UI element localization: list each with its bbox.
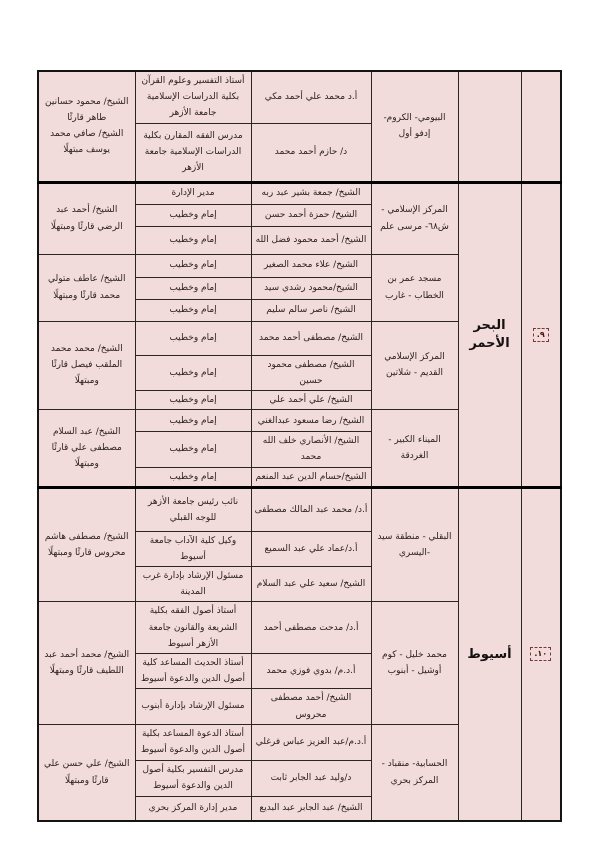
section-number-badge: ١٠. <box>530 647 551 661</box>
reader-entry: الشيخ/ محمود حسانين طاهر قارئًا <box>42 94 132 126</box>
person-name-cell: د/وليد عبد الجابر ثابت <box>251 760 371 796</box>
person-title-cell: أستاذ الحديث المساعد كلية أصول الدين وال… <box>135 654 251 689</box>
person-name-cell: الشيخ/ جمعة بشير عبد ربه <box>251 182 371 204</box>
person-title-cell: أستاذ أصول الفقه بكلية الشريعة والقانون … <box>135 602 251 654</box>
person-title-cell: مدرس الفقه المقارن بكلية الدراسات الإسلا… <box>135 123 251 182</box>
person-name-cell: الشيخ/ علاء محمد الصغير <box>251 254 371 277</box>
table-row: ١٠.أسيوطالبقلي - منطقة سيد -اليسريأ.د/ م… <box>38 487 561 531</box>
reader-munshid-cell: الشيخ/ أحمد عبد الرضي قارئًا ومبتهلًا <box>38 182 135 254</box>
person-title-cell: أستاذ الدعوة المساعد بكلية أصول الدين وا… <box>135 724 251 760</box>
person-name-cell: الشيخ/ الأنصاري خلف الله محمد <box>251 432 371 467</box>
person-name-cell: أ.د/عماد علي عبد السميع <box>251 531 371 566</box>
person-title-cell: إمام وخطيب <box>135 204 251 226</box>
person-title-cell: إمام وخطيب <box>135 299 251 321</box>
governorate-cell: البحر الأحمر <box>458 182 521 487</box>
section-number-cell: ١٠. <box>521 487 561 821</box>
roster-table-body: البيومي- الكروم- إدفو أولأ.د محمد علي أح… <box>38 71 561 821</box>
person-title-cell: إمام وخطيب <box>135 277 251 299</box>
person-name-cell: الشيخ/ أحمد مصطفى محروس <box>251 689 371 724</box>
location-cell: الحسابية- منقباد - المركز بحري <box>371 724 458 821</box>
scanned-roster-page: البيومي- الكروم- إدفو أولأ.د محمد علي أح… <box>0 0 595 842</box>
section-number-badge: ٩. <box>533 328 549 342</box>
person-name-cell: أ.د/ مدحت مصطفى أحمد <box>251 602 371 654</box>
location-cell: المركز الإسلامي القديم - شلاتين <box>371 321 458 410</box>
reader-munshid-cell: الشيخ/ محمد محمد الملقب فيصل قارئًا ومبت… <box>38 321 135 410</box>
person-title-cell: إمام وخطيب <box>135 467 251 487</box>
person-title-cell: إمام وخطيب <box>135 432 251 467</box>
reader-entry: الشيخ/ أحمد عبد الرضي قارئًا ومبتهلًا <box>42 202 132 234</box>
person-name-cell: الشيخ/ ناصر سالم سليم <box>251 299 371 321</box>
person-title-cell: إمام وخطيب <box>135 321 251 355</box>
person-title-cell: مدير إدارة المركز بحري <box>135 796 251 821</box>
person-title-cell: نائب رئيس جامعة الأزهر للوجه القبلي <box>135 487 251 531</box>
section-number-cell: ٩. <box>521 182 561 487</box>
person-title-cell: أستاذ التفسير وعلوم القرآن بكلية الدراسا… <box>135 71 251 123</box>
person-name-cell: أ.د/ محمد عبد المالك مصطفى <box>251 487 371 531</box>
roster-table: البيومي- الكروم- إدفو أولأ.د محمد علي أح… <box>37 70 562 822</box>
governorate-label: أسيوط <box>462 646 518 664</box>
table-row: البيومي- الكروم- إدفو أولأ.د محمد علي أح… <box>38 71 561 123</box>
person-title-cell: مسئول الإرشاد بإدارة غرب المدينة <box>135 567 251 602</box>
person-name-cell: الشيخ/ حمزة أحمد حسن <box>251 204 371 226</box>
person-name-cell: الشيخ/ رضا مسعود عبدالغني <box>251 410 371 432</box>
person-name-cell: أ.د محمد علي أحمد مكي <box>251 71 371 123</box>
reader-entry: الشيخ/ مصطفى هاشم محروس قارئًا ومبتهلًا <box>42 529 132 561</box>
person-name-cell: الشيخ/ مصطفى محمود حسين <box>251 355 371 390</box>
person-name-cell: الشيخ/ أحمد محمود فضل الله <box>251 226 371 254</box>
governorate-cell: أسيوط <box>458 487 521 821</box>
person-title-cell: وكيل كلية الآداب جامعة أسيوط <box>135 531 251 566</box>
person-name-cell: الشيخ/ عبد الجابر عبد البديع <box>251 796 371 821</box>
person-title-cell: إمام وخطيب <box>135 226 251 254</box>
person-title-cell: مسئول الإرشاد بإدارة أبنوب <box>135 689 251 724</box>
reader-entry: الشيخ/ علي حسن علي قارئًا ومبتهلًا <box>42 756 132 788</box>
person-name-cell: الشيخ/ سعيد علي عبد السلام <box>251 567 371 602</box>
table-row: ٩.البحر الأحمرالمركز الإسلامي - ش٦٨- مرس… <box>38 182 561 204</box>
reader-entry: الشيخ/ محمد أحمد عبد اللطيف قارئًا ومبته… <box>42 647 132 679</box>
person-title-cell: إمام وخطيب <box>135 355 251 390</box>
governorate-cell <box>458 71 521 182</box>
person-name-cell: الشيخ/حسام الدين عبد المنعم <box>251 467 371 487</box>
reader-entry: الشيخ/ عبد السلام مصطفى علي قارئًا ومبته… <box>42 424 132 473</box>
reader-entry: الشيخ/ محمد محمد الملقب فيصل قارئًا ومبت… <box>42 341 132 390</box>
person-name-cell: د/ حازم أحمد محمد <box>251 123 371 182</box>
reader-munshid-cell: الشيخ/ محمود حسانين طاهر قارئًاالشيخ/ صا… <box>38 71 135 182</box>
governorate-label: البحر الأحمر <box>462 317 518 352</box>
section-number-cell <box>521 71 561 182</box>
person-name-cell: الشيخ/محمود رشدي سيد <box>251 277 371 299</box>
person-title-cell: إمام وخطيب <box>135 254 251 277</box>
reader-munshid-cell: الشيخ/ علي حسن علي قارئًا ومبتهلًا <box>38 724 135 821</box>
person-name-cell: أ.د.م/عبد العزيز عباس فرغلي <box>251 724 371 760</box>
reader-munshid-cell: الشيخ/ عاطف متولي محمد قارئًا ومبتهلًا <box>38 254 135 321</box>
reader-entry: الشيخ/ عاطف متولي محمد قارئًا ومبتهلًا <box>42 271 132 303</box>
reader-munshid-cell: الشيخ/ مصطفى هاشم محروس قارئًا ومبتهلًا <box>38 487 135 602</box>
location-cell: البيومي- الكروم- إدفو أول <box>371 71 458 182</box>
person-name-cell: الشيخ/ علي أحمد علي <box>251 390 371 409</box>
person-title-cell: إمام وخطيب <box>135 410 251 432</box>
person-title-cell: مدير الإدارة <box>135 182 251 204</box>
location-cell: المركز الإسلامي - ش٦٨- مرسى علم <box>371 182 458 254</box>
reader-munshid-cell: الشيخ/ محمد أحمد عبد اللطيف قارئًا ومبته… <box>38 602 135 724</box>
location-cell: الميناء الكبير - الغردقة <box>371 410 458 488</box>
location-cell: مسجد عمر بن الخطاب - غارب <box>371 254 458 321</box>
reader-munshid-cell: الشيخ/ عبد السلام مصطفى علي قارئًا ومبته… <box>38 410 135 488</box>
person-title-cell: إمام وخطيب <box>135 390 251 409</box>
location-cell: محمد خليل - كوم أوشيل - أبنوب <box>371 602 458 724</box>
person-title-cell: مدرس التفسير بكلية أصول الدين والدعوة أس… <box>135 760 251 796</box>
reader-entry: الشيخ/ صافي محمد يوسف مبتهلًا <box>42 126 132 158</box>
person-name-cell: الشيخ/ مصطفى أحمد محمد <box>251 321 371 355</box>
person-name-cell: أ.د.م/ بدوي فوزي محمد <box>251 654 371 689</box>
location-cell: البقلي - منطقة سيد -اليسري <box>371 487 458 602</box>
